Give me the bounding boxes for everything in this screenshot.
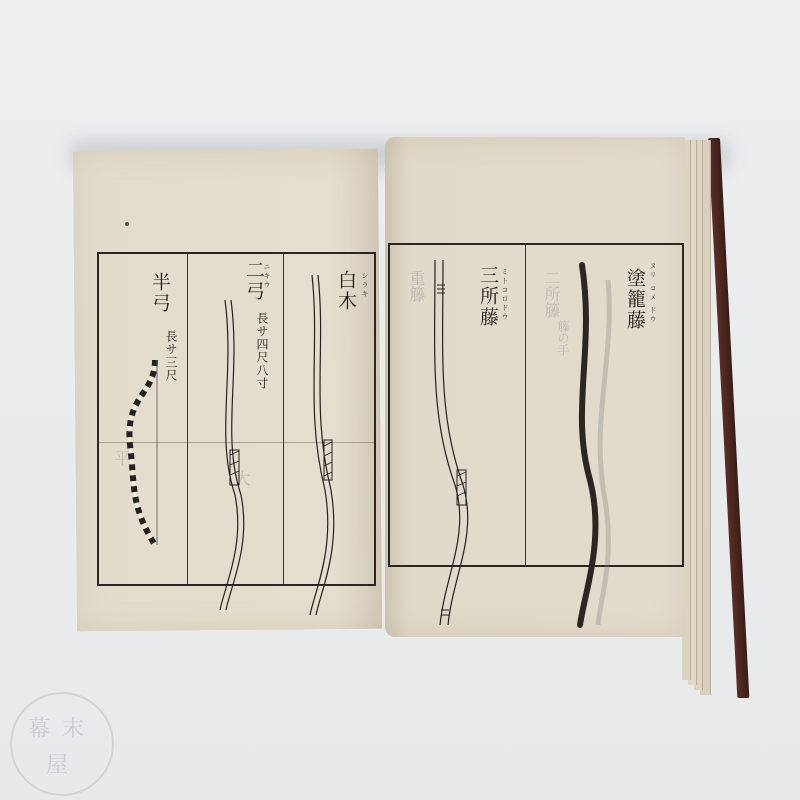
ruby-nurigomedou: ヌリ コメ ドウ <box>648 262 658 324</box>
label-hankyu: 半弓 <box>150 272 169 314</box>
nurigomedou-bow-illustration <box>570 260 620 630</box>
watermark-seal <box>10 692 114 796</box>
column-divider <box>525 245 526 565</box>
ruby-mitokorodou: ミトコロドウ <box>500 268 510 322</box>
ruby-shiraki: シラキ <box>360 272 370 299</box>
bleed-through-text: 二所籐 <box>540 270 563 318</box>
label-nurigomedou: 塗籠藤 <box>625 268 644 331</box>
column-divider <box>187 254 188 584</box>
watermark-char: 末 <box>62 712 84 743</box>
ruby-nikyu: ニキウ <box>262 263 272 290</box>
ink-spot <box>125 222 129 226</box>
column-divider <box>283 254 284 584</box>
mitokorodou-bow-illustration <box>425 255 485 635</box>
striped-bow-illustration <box>115 355 175 555</box>
watermark-char: 屋 <box>46 748 68 779</box>
nikyu-bow-illustration <box>210 295 260 615</box>
watermark-char: 幕 <box>28 712 50 743</box>
shiraki-bow-illustration <box>300 270 350 620</box>
